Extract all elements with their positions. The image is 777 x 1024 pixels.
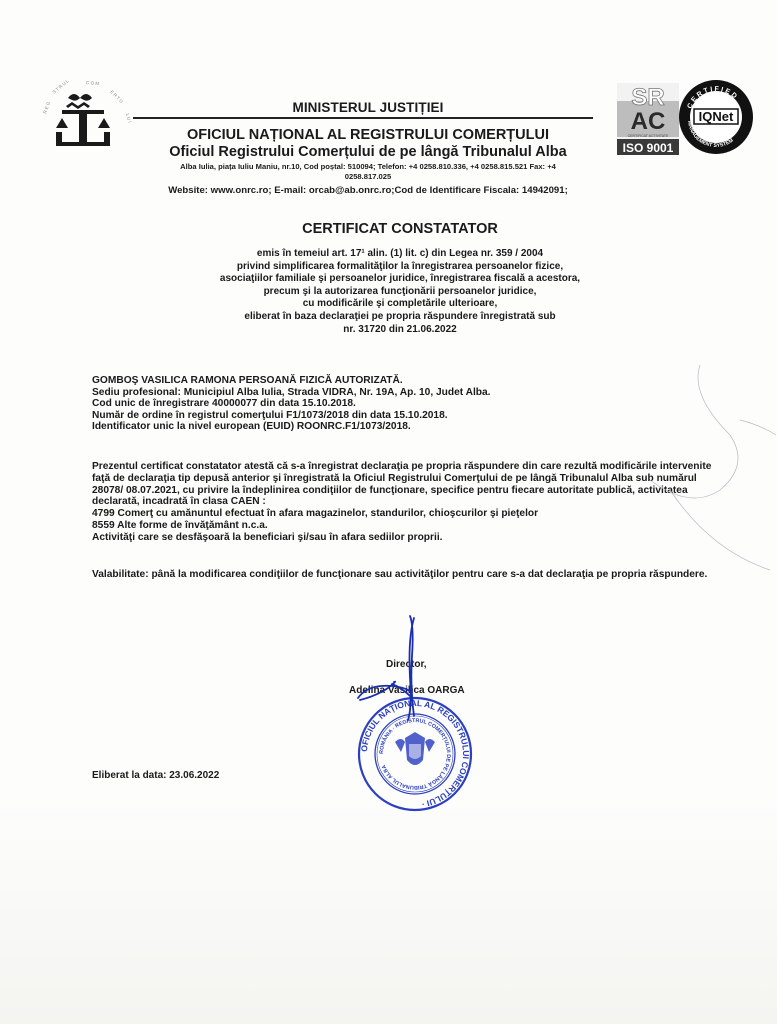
address-line-1: Alba Iulia, piața Iuliu Maniu, nr.10, Co… <box>150 162 586 172</box>
svg-text:CERTIFICAT ACTIVITATE: CERTIFICAT ACTIVITATE <box>628 134 669 138</box>
paper-crease-lines <box>620 360 777 600</box>
legal-basis-line: eliberat în baza declaraţiei pe propria … <box>190 311 610 324</box>
svg-text:IQNet: IQNet <box>699 109 734 124</box>
srac-iso-9001-logo-icon: SR AC CERTIFICAT ACTIVITATE ISO 9001 <box>617 83 679 155</box>
svg-text:S T R U L: S T R U L <box>51 78 70 95</box>
legal-basis-line: privind simplificarea formalităţilor la … <box>190 261 610 274</box>
svg-text:AC: AC <box>631 108 666 135</box>
registrul-comertului-logo-icon: R E G S T R U L C O M E R T U L U I <box>38 74 138 158</box>
issue-date: Eliberat la data: 23.06.2022 <box>92 770 219 781</box>
office-contact: Website: www.onrc.ro; E-mail: orcab@ab.o… <box>130 185 606 196</box>
entity-headquarters: Sediu profesional: Municipiul Alba Iulia… <box>92 387 712 399</box>
entity-registry-number: Număr de ordine în registrul comerţului … <box>92 410 712 422</box>
legal-basis-line: asociaţiilor familiale şi persoanelor ju… <box>190 273 610 286</box>
ministry-heading: MINISTERUL JUSTIȚIEI <box>150 100 586 115</box>
national-office-heading: OFICIUL NAȚIONAL AL REGISTRULUI COMERȚUL… <box>150 127 586 143</box>
entity-name: GOMBOŞ VASILICA RAMONA PERSOANĂ FIZICĂ A… <box>92 375 712 387</box>
paper-background-shade <box>0 800 777 1024</box>
svg-text:C O M: C O M <box>86 80 100 86</box>
director-signature-icon <box>352 612 442 722</box>
entity-details: GOMBOŞ VASILICA RAMONA PERSOANĂ FIZICĂ A… <box>92 375 712 433</box>
office-address: Alba Iulia, piața Iuliu Maniu, nr.10, Co… <box>150 162 586 182</box>
legal-basis-line: nr. 31720 din 21.06.2022 <box>190 324 610 337</box>
svg-text:SR: SR <box>631 84 664 111</box>
svg-text:R E G: R E G <box>42 101 51 115</box>
legal-basis: emis în temeiul art. 17¹ alin. (1) lit. … <box>190 248 610 336</box>
entity-euid: Identificator unic la nivel european (EU… <box>92 421 712 433</box>
iqnet-certified-logo-icon: CERTIFIED MANAGEMENT SYSTEM IQNet <box>678 79 754 155</box>
legal-basis-line: emis în temeiul art. 17¹ alin. (1) lit. … <box>190 248 610 261</box>
entity-cui: Cod unic de înregistrare 40000077 din da… <box>92 398 712 410</box>
address-line-2: 0258.817.025 <box>150 172 586 182</box>
svg-text:ISO 9001: ISO 9001 <box>623 141 674 155</box>
svg-text:E R T U: E R T U <box>109 89 124 104</box>
svg-text:L U I: L U I <box>125 113 132 123</box>
legal-basis-line: cu modificările şi completările ulterioa… <box>190 298 610 311</box>
document-title: CERTIFICAT CONSTATATOR <box>200 221 600 237</box>
header-divider <box>133 117 593 119</box>
legal-basis-line: precum şi la autorizarea funcţionării pe… <box>190 286 610 299</box>
local-office-heading: Oficiul Registrului Comerțului de pe lân… <box>150 144 586 160</box>
